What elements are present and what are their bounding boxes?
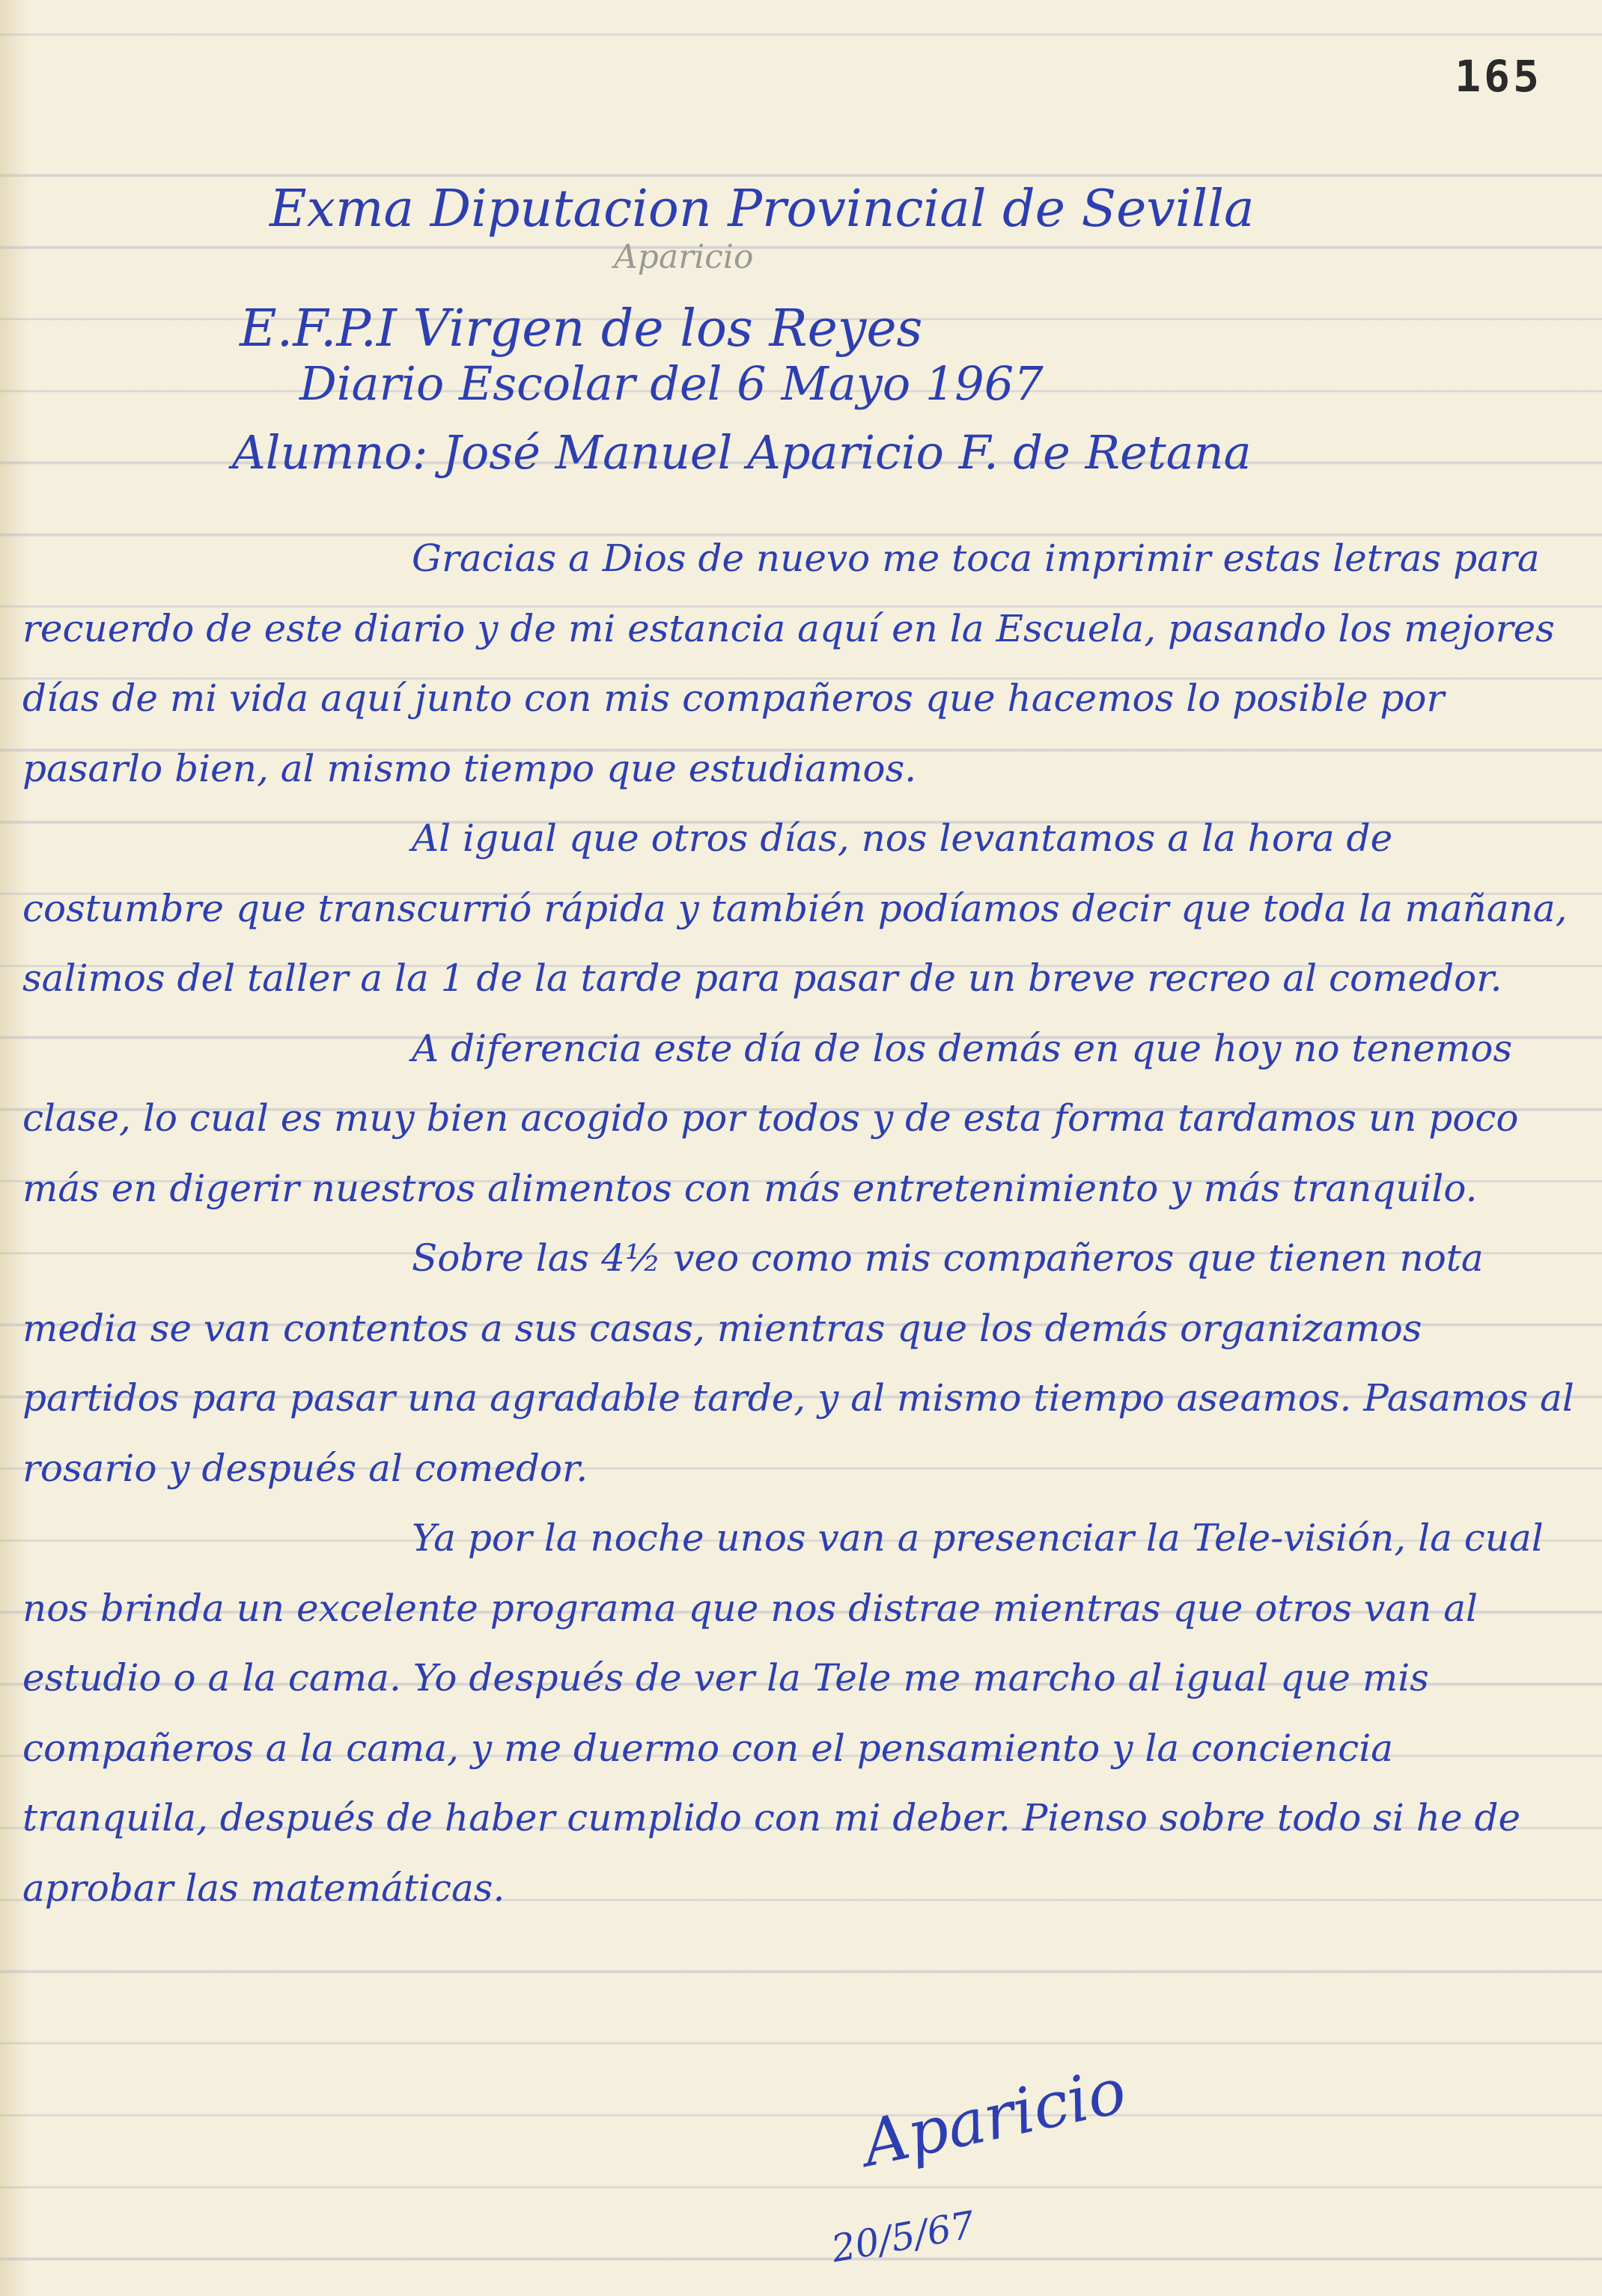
student-line: Alumno: José Manuel Aparicio F. de Retan…: [232, 425, 1252, 480]
student-label: Alumno:: [232, 425, 427, 480]
paragraph: Sobre las 4½ veo como mis compañeros que…: [22, 1224, 1580, 1503]
school-heading: E.F.P.I Virgen de los Reyes: [240, 299, 922, 358]
paragraph: Al igual que otros días, nos levantamos …: [22, 804, 1580, 1014]
paragraph: Gracias a Dios de nuevo me toca imprimir…: [22, 524, 1580, 804]
paragraph: A diferencia este día de los demás en qu…: [22, 1014, 1580, 1224]
paragraph: Ya por la noche unos van a presenciar la…: [22, 1503, 1580, 1923]
diary-body: Gracias a Dios de nuevo me toca imprimir…: [22, 524, 1580, 1923]
institution-heading: Exma Diputacion Provincial de Sevilla: [269, 180, 1255, 239]
page-number: 165: [1455, 51, 1542, 102]
pencil-annotation: Aparicio: [614, 238, 753, 276]
student-name: José Manuel Aparicio F. de Retana: [442, 425, 1251, 480]
diary-title: Diario Escolar del 6 Mayo 1967: [299, 356, 1044, 411]
